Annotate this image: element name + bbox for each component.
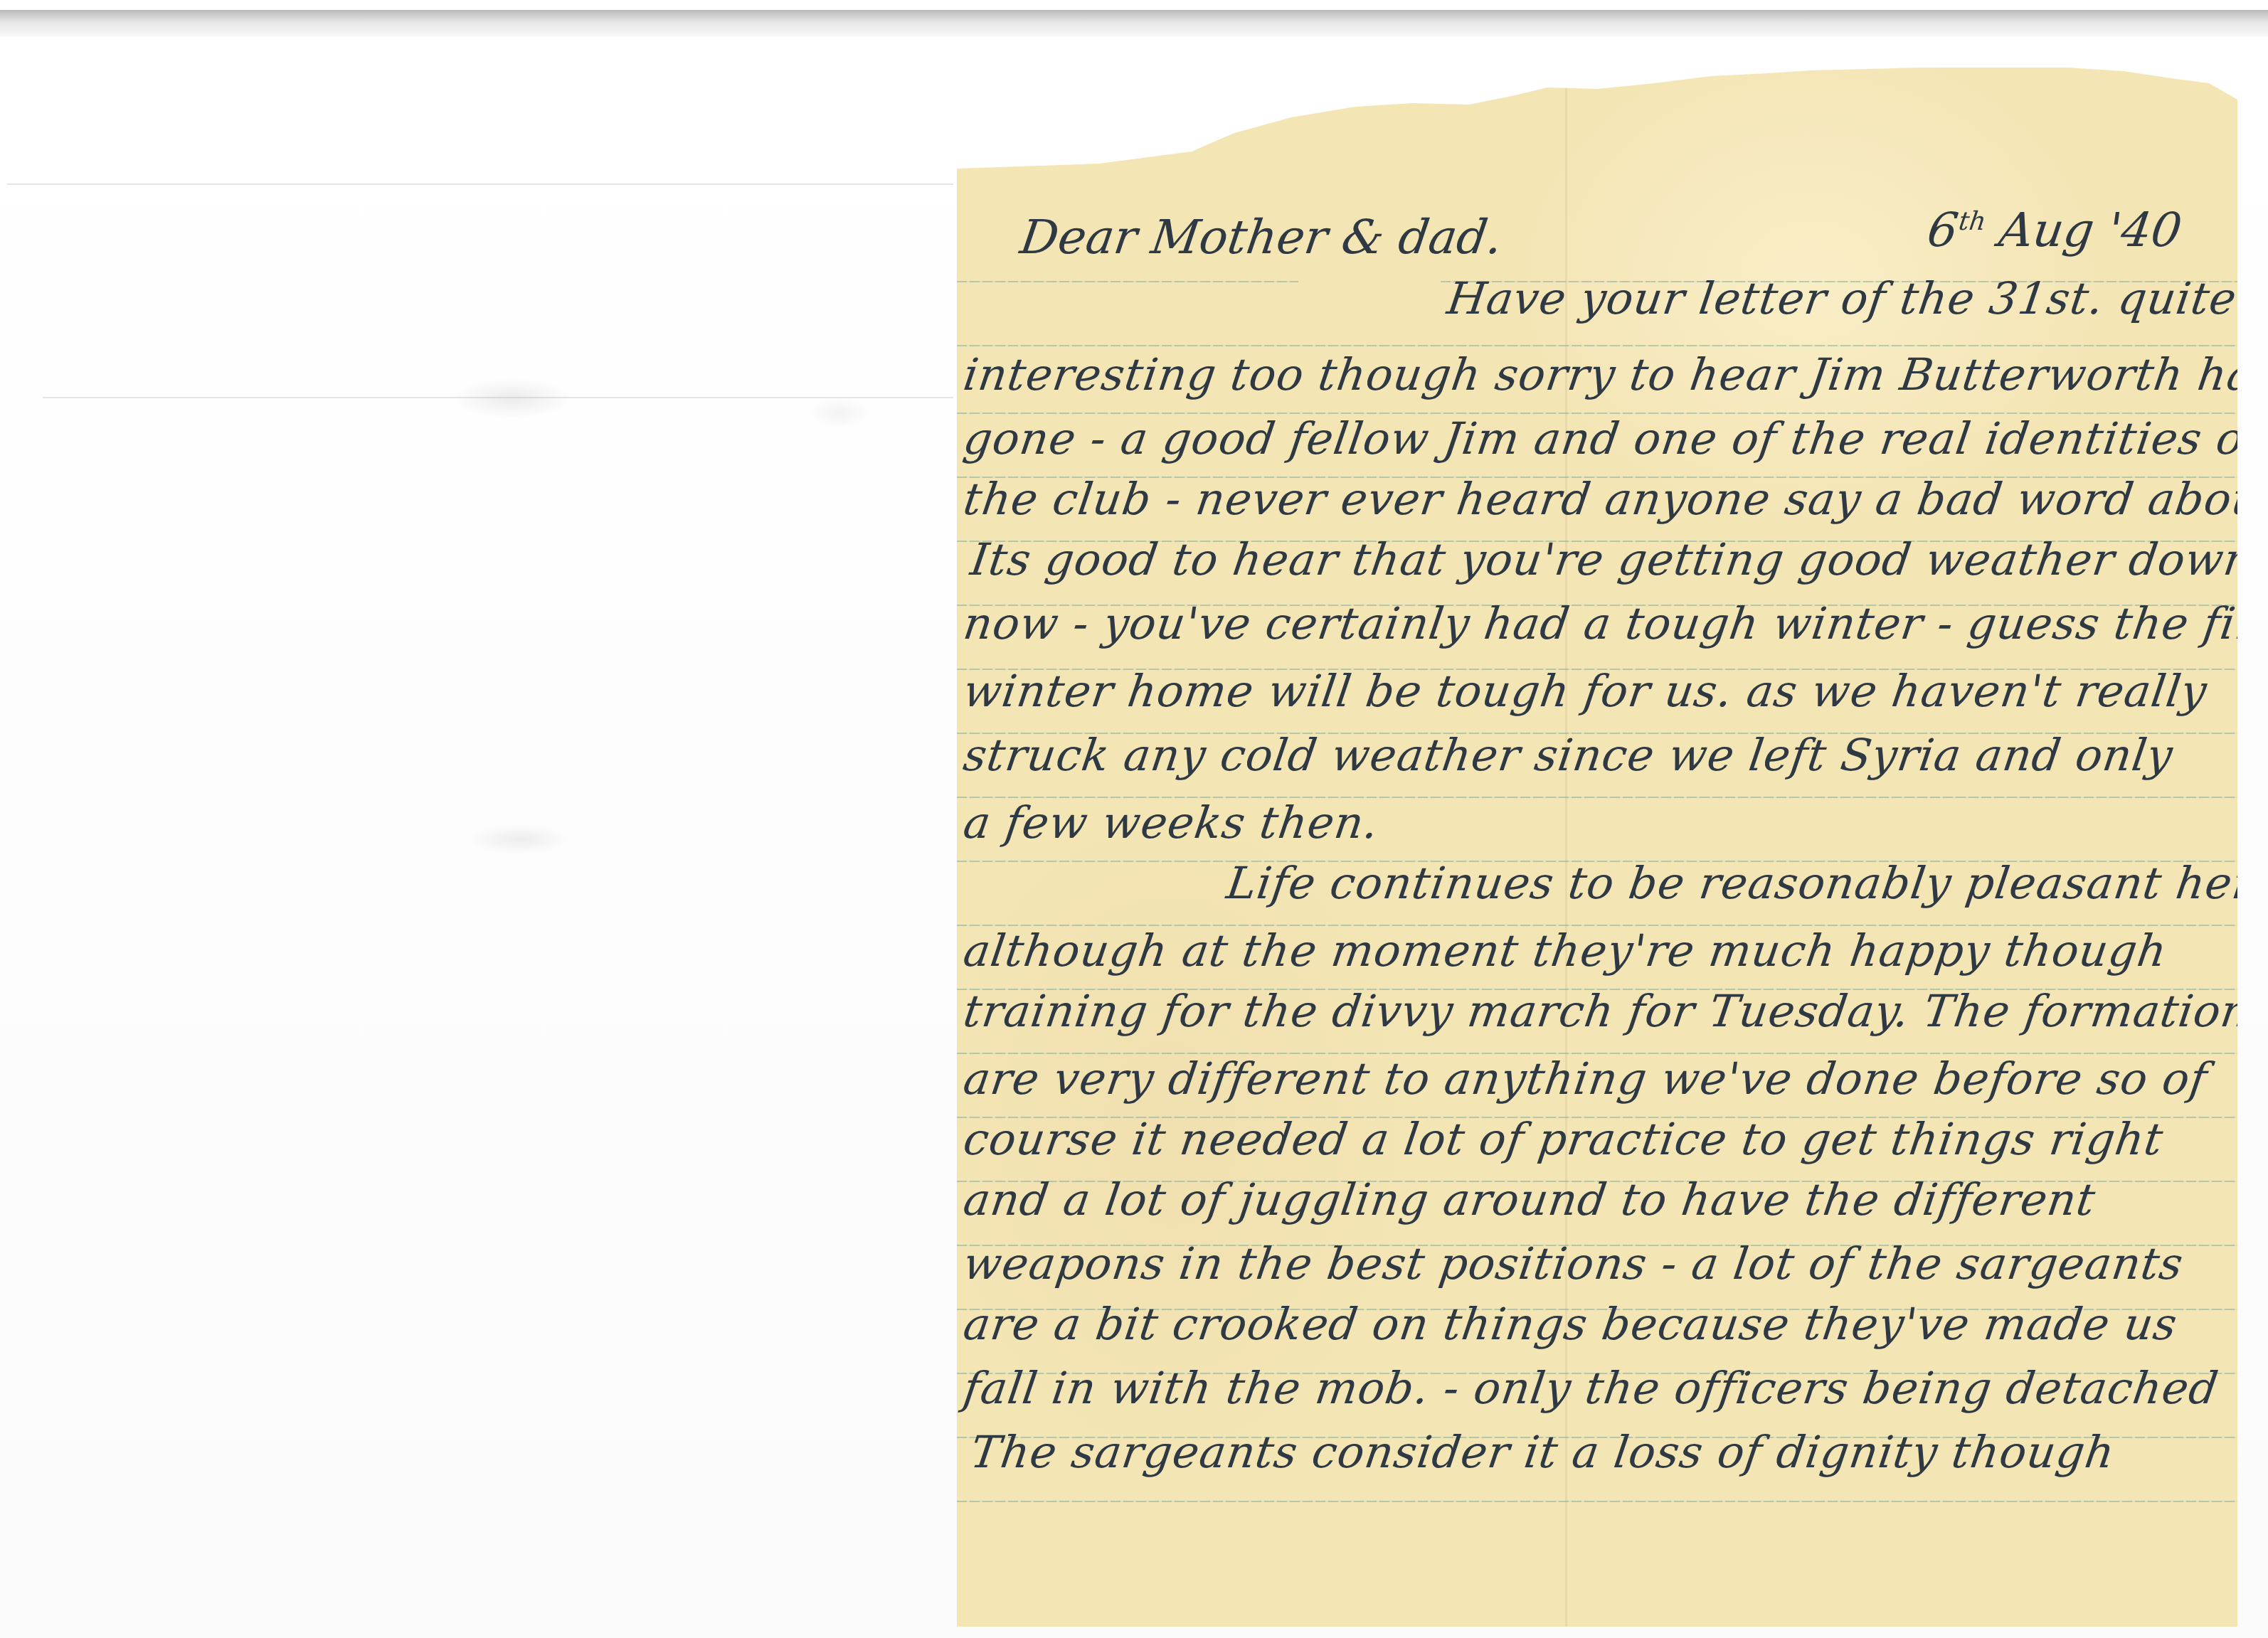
scan-artifact-streak bbox=[43, 397, 953, 398]
date-suffix: th bbox=[1957, 207, 1988, 236]
date-day: 6 bbox=[1924, 203, 1962, 257]
letter-salutation: Dear Mother & dad. bbox=[1017, 210, 1506, 265]
letter-line: Life continues to be reasonably pleasant… bbox=[1224, 857, 2268, 909]
letter-line: now - you've certainly had a tough winte… bbox=[960, 597, 2268, 649]
ruled-line bbox=[957, 281, 1298, 282]
letter-line: Its good to hear that you're getting goo… bbox=[968, 533, 2268, 585]
letter-line: the club - never ever heard anyone say a… bbox=[960, 473, 2268, 525]
letter-line: struck any cold weather since we left Sy… bbox=[960, 729, 2176, 781]
letter-line: course it needed a lot of practice to ge… bbox=[960, 1113, 2167, 1165]
letter-line: are very different to anything we've don… bbox=[960, 1053, 2211, 1105]
letter-line: and a lot of juggling around to have the… bbox=[960, 1174, 2099, 1225]
letter-line: a few weeks then. bbox=[960, 797, 1382, 849]
letter-line: The sargeants consider it a loss of dign… bbox=[968, 1426, 2118, 1478]
scan-artifact-streak bbox=[7, 184, 953, 185]
letter-line: training for the divvy march for Tuesday… bbox=[960, 985, 2268, 1037]
ruled-line bbox=[957, 345, 2237, 346]
letter-page: Dear Mother & dad. 6th Aug '40 Have your… bbox=[957, 68, 2237, 1627]
letter-line: although at the moment they're much happ… bbox=[960, 925, 2171, 977]
scanner-lid-shadow bbox=[0, 10, 2268, 37]
letter-line: Have your letter of the 31st. quite bbox=[1444, 272, 2240, 324]
letter-line: interesting too though sorry to hear Jim… bbox=[960, 349, 2268, 400]
letter-line: fall in with the mob. - only the officer… bbox=[960, 1362, 2222, 1414]
ruled-line bbox=[957, 1501, 2237, 1502]
letter-line: are a bit crooked on things because they… bbox=[960, 1298, 2180, 1350]
letter-line: gone - a good fellow Jim and one of the … bbox=[960, 413, 2264, 464]
letter-date: 6th Aug '40 bbox=[1924, 203, 2185, 257]
date-month-year: Aug '40 bbox=[1981, 203, 2185, 257]
scanner-top-edge bbox=[0, 0, 2268, 10]
letter-line: weapons in the best positions - a lot of… bbox=[960, 1238, 2187, 1289]
letter-line: winter home will be tough for us. as we … bbox=[960, 665, 2210, 717]
